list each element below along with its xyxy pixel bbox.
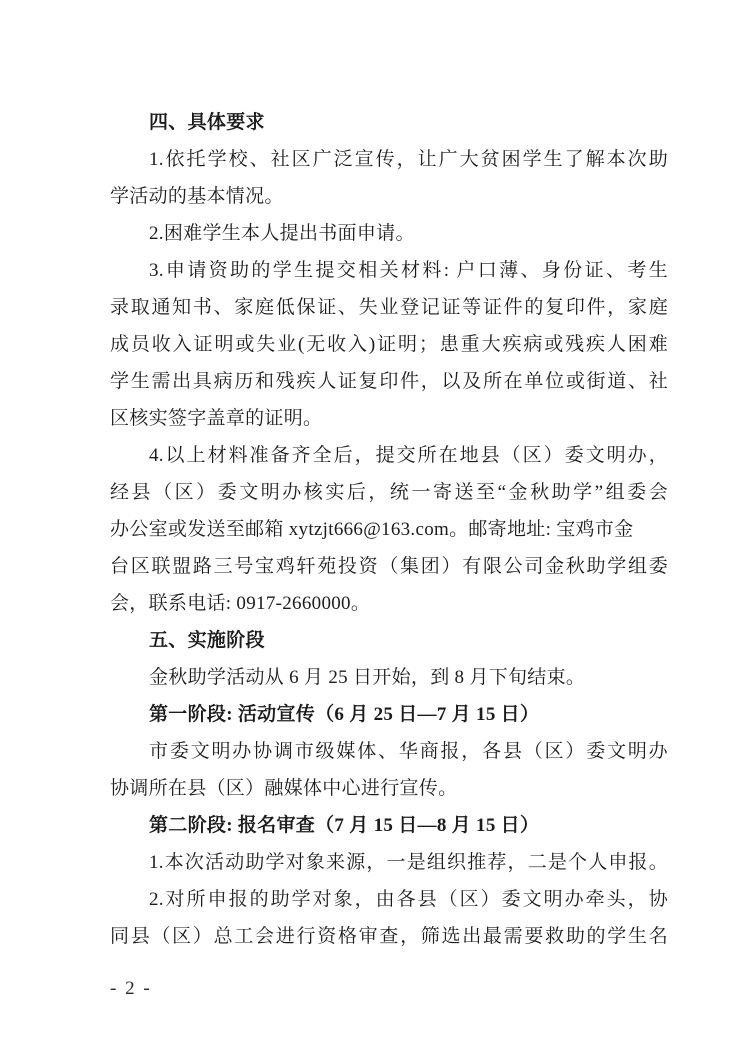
text-line: 4.以上材料准备齐全后，提交所在地县（区）委文明办， [110,437,668,474]
page-number: - 2 - [110,977,152,1001]
text-line: 经县（区）委文明办核实后，统一寄送至“金秋助学”组委会 [110,474,668,511]
text-line: 学活动的基本情况。 [110,178,668,215]
text-line: 金秋助学活动从 6 月 25 日开始，到 8 月下旬结束。 [110,659,668,696]
text-line: 会，联系电话: 0917-2660000。 [110,585,668,622]
text-line: 办公室或发送至邮箱 xytzjt666@163.com。邮寄地址: 宝鸡市金 [110,511,668,548]
text-line: 第二阶段: 报名审查（7 月 15 日—8 月 15 日） [110,807,668,844]
text-line: 学生需出具病历和残疾人证复印件，以及所在单位或街道、社 [110,363,668,400]
text-line: 台区联盟路三号宝鸡轩苑投资（集团）有限公司金秋助学组委 [110,548,668,585]
text-line: 四、具体要求 [110,104,668,141]
text-line: 录取通知书、家庭低保证、失业登记证等证件的复印件，家庭 [110,289,668,326]
text-line: 成员收入证明或失业(无收入)证明；患重大疾病或残疾人困难 [110,326,668,363]
text-line: 3.申请资助的学生提交相关材料: 户口薄、身份证、考生 [110,252,668,289]
text-line: 区核实签字盖章的证明。 [110,400,668,437]
text-line: 协调所在县（区）融媒体中心进行宣传。 [110,770,668,807]
text-line: 1.依托学校、社区广泛宣传，让广大贫困学生了解本次助 [110,141,668,178]
document-page: 四、具体要求1.依托学校、社区广泛宣传，让广大贫困学生了解本次助学活动的基本情况… [0,0,750,1062]
text-line: 2.困难学生本人提出书面申请。 [110,215,668,252]
text-line: 五、实施阶段 [110,622,668,659]
text-line: 第一阶段: 活动宣传（6 月 25 日—7 月 15 日） [110,696,668,733]
text-line: 1.本次活动助学对象来源，一是组织推荐，二是个人申报。 [110,844,668,881]
text-line: 2.对所申报的助学对象，由各县（区）委文明办牵头，协 [110,881,668,918]
text-line: 同县（区）总工会进行资格审查，筛选出最需要救助的学生名 [110,918,668,955]
text-line: 市委文明办协调市级媒体、华商报，各县（区）委文明办 [110,733,668,770]
document-content: 四、具体要求1.依托学校、社区广泛宣传，让广大贫困学生了解本次助学活动的基本情况… [110,104,668,955]
